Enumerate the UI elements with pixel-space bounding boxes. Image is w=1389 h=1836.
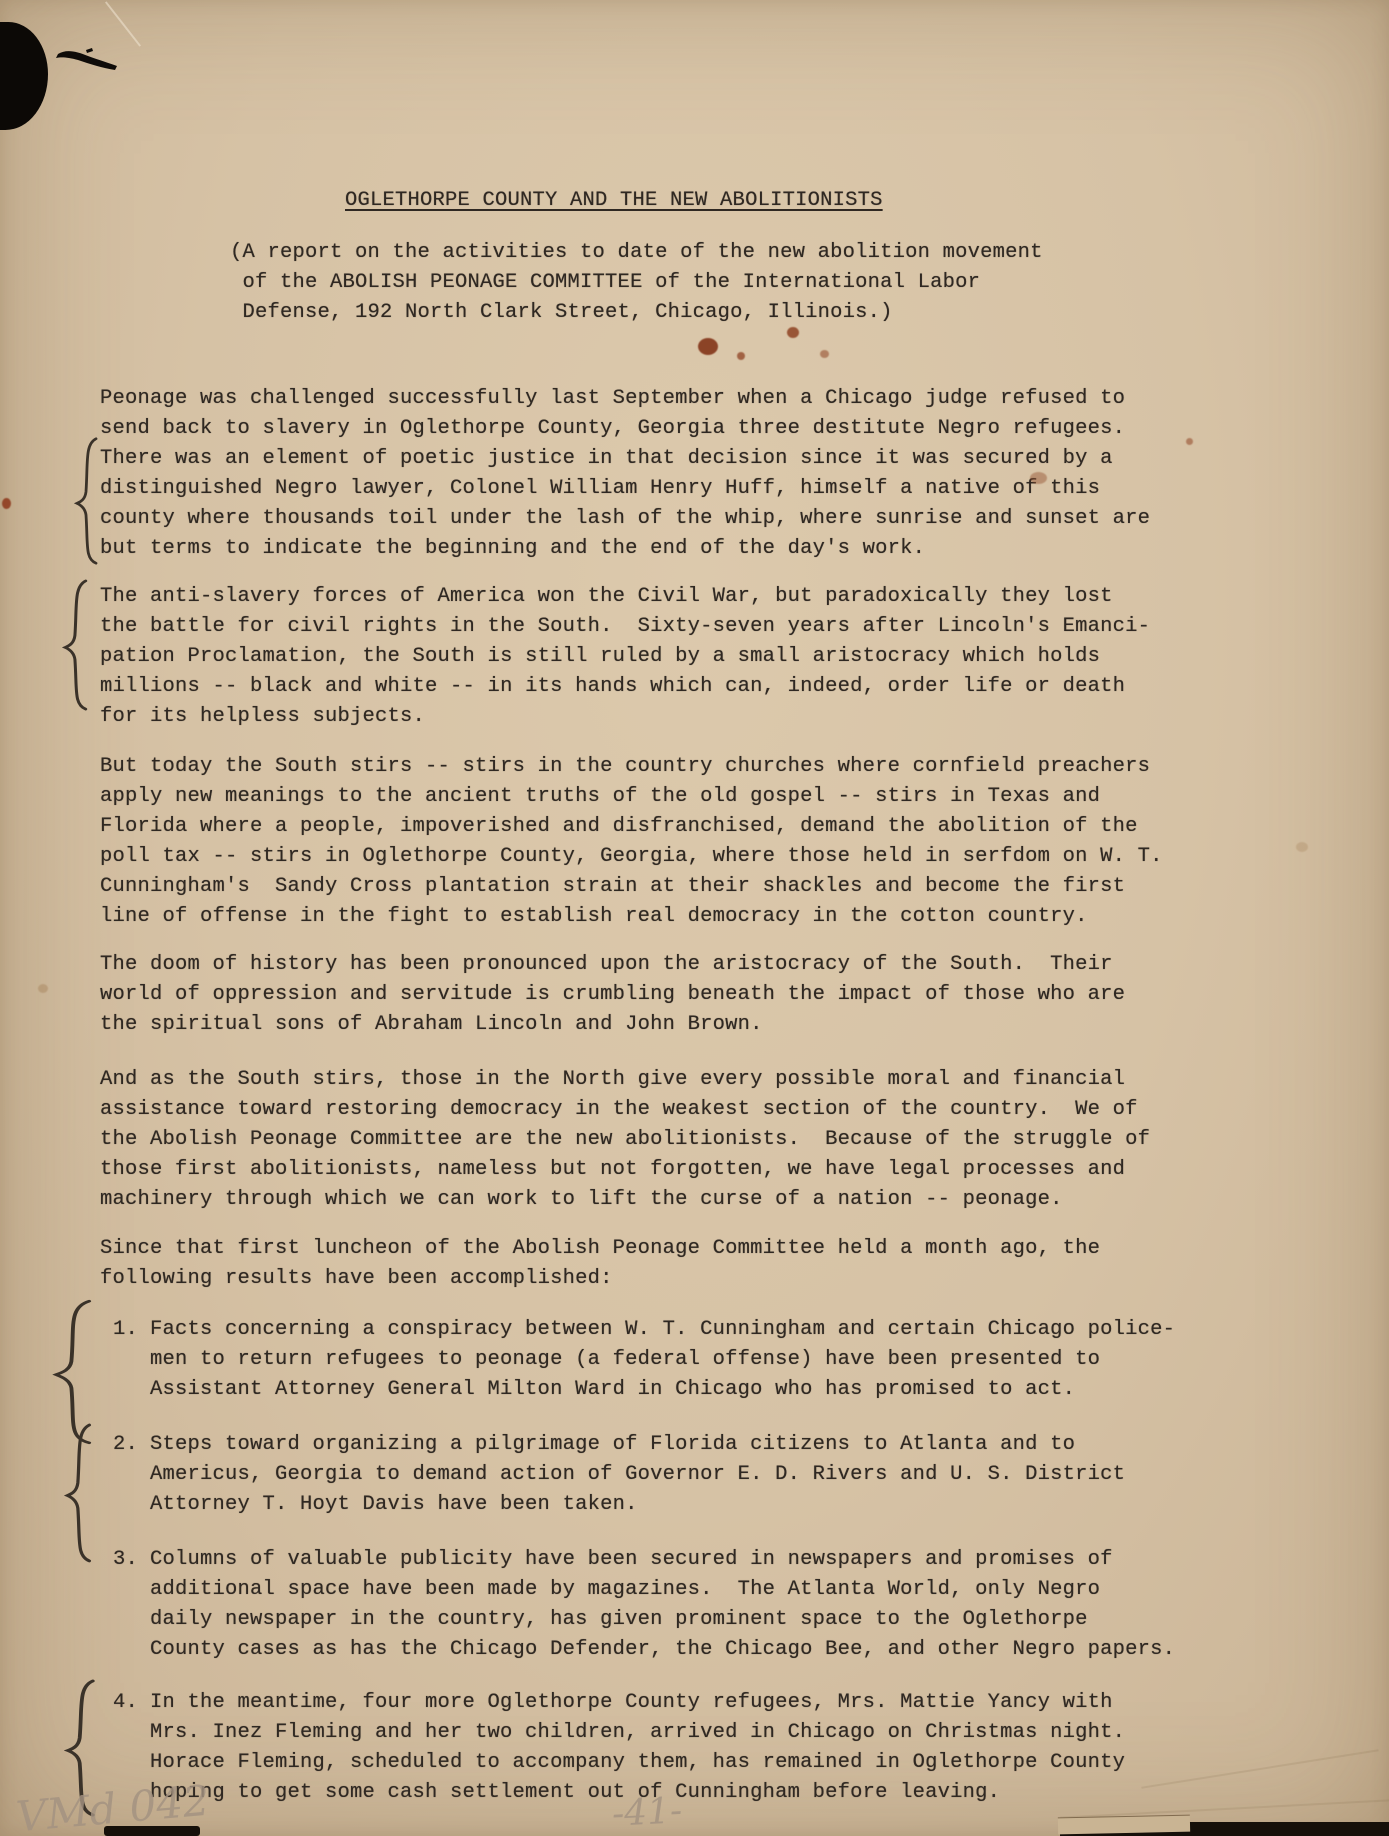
item-text: In the meantime, four more Oglethorpe Co… xyxy=(150,1688,1125,1808)
handwritten-brace-paragraph-1 xyxy=(74,436,100,566)
ink-mark xyxy=(52,42,126,76)
paragraph-3: But today the South stirs -- stirs in th… xyxy=(100,752,1163,932)
ink-stain xyxy=(698,338,718,355)
paper-crease xyxy=(1141,1749,1378,1789)
paper-crease xyxy=(105,1,141,46)
handwritten-brace-paragraph-2 xyxy=(62,578,90,712)
paragraph-6: Since that first luncheon of the Abolish… xyxy=(100,1234,1100,1294)
handwritten-brace-item-2 xyxy=(64,1422,94,1564)
ink-stain xyxy=(787,327,799,338)
ink-stain xyxy=(1030,472,1047,484)
ink-stain xyxy=(737,352,745,360)
document-title: OGLETHORPE COUNTY AND THE NEW ABOLITIONI… xyxy=(345,186,883,216)
foxing-spot xyxy=(1296,842,1308,852)
catalog-annotation: VMd 042 xyxy=(14,1776,211,1836)
ink-stain xyxy=(1186,438,1193,445)
paragraph-5: And as the South stirs, those in the Nor… xyxy=(100,1065,1150,1215)
paragraph-2: The anti-slavery forces of America won t… xyxy=(100,582,1150,732)
page-number-annotation: -41- xyxy=(611,1790,683,1835)
paragraph-4: The doom of history has been pronounced … xyxy=(100,950,1125,1040)
item-text: Steps toward organizing a pilgrimage of … xyxy=(150,1430,1125,1520)
item-number: 4. xyxy=(113,1688,138,1718)
item-number: 3. xyxy=(113,1545,138,1575)
paragraph-1: Peonage was challenged successfully last… xyxy=(100,384,1150,564)
item-text: Columns of valuable publicity have been … xyxy=(150,1545,1175,1665)
foxing-spot xyxy=(38,984,48,993)
document-subtitle: (A report on the activities to date of t… xyxy=(230,238,1043,328)
scanned-document-page: OGLETHORPE COUNTY AND THE NEW ABOLITIONI… xyxy=(0,0,1389,1836)
item-number: 2. xyxy=(113,1430,138,1460)
page-corner-shadow xyxy=(0,22,48,130)
item-number: 1. xyxy=(113,1315,138,1345)
ink-stain xyxy=(820,350,829,358)
torn-paper-chip xyxy=(1058,1815,1190,1835)
item-text: Facts concerning a conspiracy between W.… xyxy=(150,1315,1175,1405)
ink-stain xyxy=(2,498,11,509)
